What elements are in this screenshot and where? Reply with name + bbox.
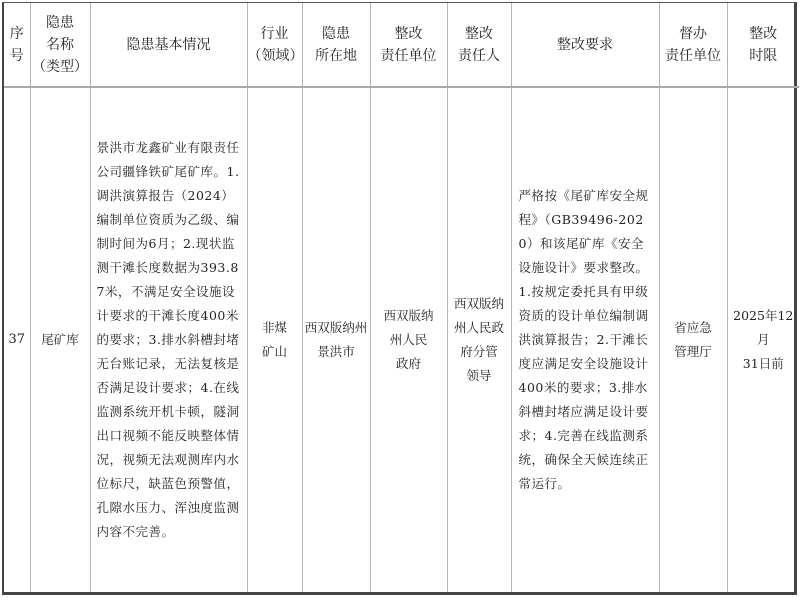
header-row: 序 号 隐患 名称 （类型） 隐患基本情况 行业 （领域） 隐患 所在地 <box>4 3 799 87</box>
header-hazard-name: 隐患 名称 （类型） <box>30 3 90 87</box>
cell-hazard-name: 尾矿库 <box>30 87 90 592</box>
header-responsible-person: 整改 责任人 <box>447 3 511 87</box>
cell-supervising-unit: 省应急 管理厅 <box>659 87 727 592</box>
cell-industry: 非煤 矿山 <box>247 87 302 592</box>
header-responsible-unit: 整改 责任单位 <box>370 3 447 87</box>
cell-location: 西双版纳州 景洪市 <box>302 87 370 592</box>
header-industry: 行业 （领域） <box>247 3 302 87</box>
cell-requirements: 严格按《尾矿库安全规程》（GB39496-2020）和该尾矿库《安全设施设计》要… <box>511 87 659 592</box>
cell-responsible-person: 西双版纳 州人民政 府分管 领导 <box>447 87 511 592</box>
cell-basic-info: 景洪市龙鑫矿业有限责任公司疆锋铁矿尾矿库。1.调洪演算报告（2024）编制单位资… <box>90 87 247 592</box>
header-seq: 序 号 <box>4 3 30 87</box>
hazard-table-sheet: 序 号 隐患 名称 （类型） 隐患基本情况 行业 （领域） 隐患 所在地 <box>2 2 797 595</box>
cell-responsible-unit: 西双版纳 州人民 政府 <box>370 87 447 592</box>
cell-deadline: 2025年12月 31日前 <box>727 87 799 592</box>
hazard-rectification-table: 序 号 隐患 名称 （类型） 隐患基本情况 行业 （领域） 隐患 所在地 <box>4 3 799 592</box>
header-basic-info: 隐患基本情况 <box>90 3 247 87</box>
cell-seq: 37 <box>4 87 30 592</box>
table-row: 37 尾矿库 景洪市龙鑫矿业有限责任公司疆锋铁矿尾矿库。1.调洪演算报告（202… <box>4 87 799 592</box>
header-supervising-unit: 督办 责任单位 <box>659 3 727 87</box>
header-location: 隐患 所在地 <box>302 3 370 87</box>
header-requirements: 整改要求 <box>511 3 659 87</box>
header-deadline: 整改 时限 <box>727 3 799 87</box>
